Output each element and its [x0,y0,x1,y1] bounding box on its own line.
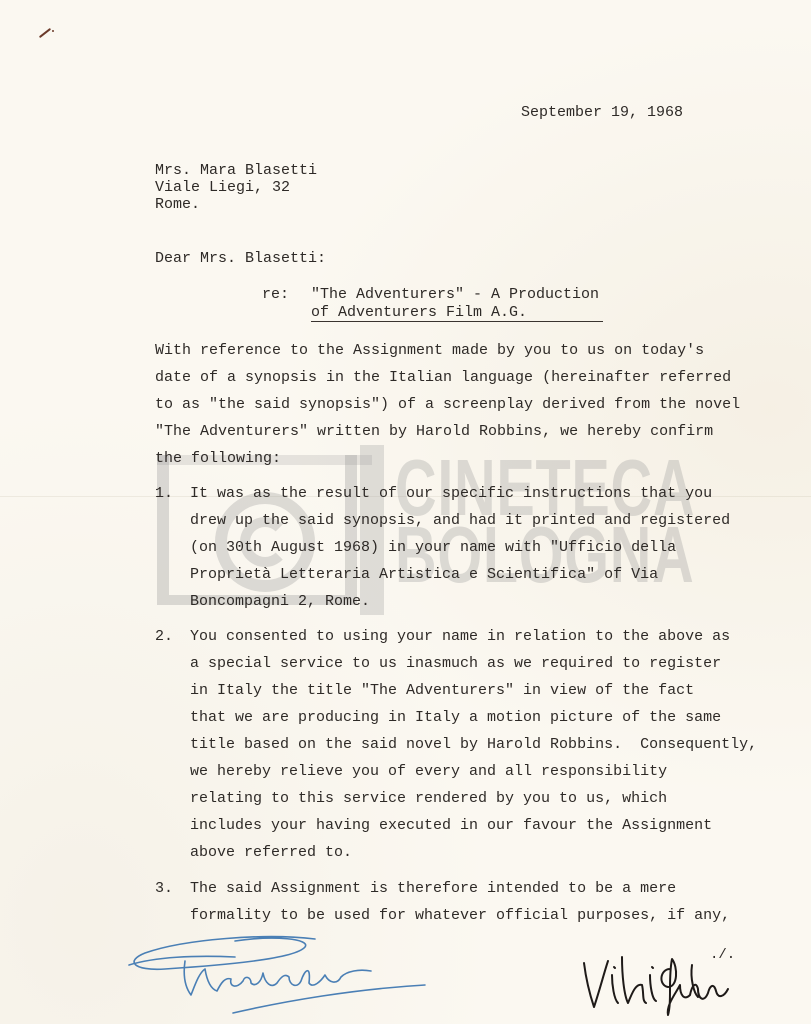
intro-line: "The Adventurers" written by Harold Robb… [155,423,713,441]
intro-line: date of a synopsis in the Italian langua… [155,369,731,387]
item-number: 2. [155,628,173,646]
letter-page: CINETECA BOLOGNA September 19, 1968 Mrs.… [0,0,811,1024]
item-line: relating to this service rendered by you… [190,790,667,808]
item-line: It was as the result of our specific ins… [190,485,712,503]
letter-date: September 19, 1968 [521,104,683,122]
intro-line: to as "the said synopsis") of a screenpl… [155,396,740,414]
salutation: Dear Mrs. Blasetti: [155,250,326,268]
recipient-street: Viale Liegi, 32 [155,179,290,197]
item-number: 3. [155,880,173,898]
subject-subtitle: of Adventurers Film A.G. [311,304,527,322]
recipient-city: Rome. [155,196,200,214]
item-line: Proprietà Letteraria Artistica e Scienti… [190,566,658,584]
intro-line: the following: [155,450,281,468]
item-line: that we are producing in Italy a motion … [190,709,721,727]
recipient-name: Mrs. Mara Blasetti [155,162,317,180]
signature-left-icon [125,925,435,1020]
item-line: (on 30th August 1968) in your name with … [190,539,676,557]
item-line: we hereby relieve you of every and all r… [190,763,667,781]
signature-right-icon [572,945,742,1020]
ink-mark-icon [39,28,51,38]
item-line: a special service to us inasmuch as we r… [190,655,721,673]
item-line: formality to be used for whatever offici… [190,907,730,925]
item-line: in Italy the title "The Adventurers" in … [190,682,694,700]
item-line: The said Assignment is therefore intende… [190,880,676,898]
subject-title: "The Adventurers" - A Production [311,286,599,304]
item-line: You consented to using your name in rela… [190,628,730,646]
item-line: above referred to. [190,844,352,862]
item-line: drew up the said synopsis, and had it pr… [190,512,730,530]
subject-underline [311,321,603,322]
watermark-bar [360,445,384,615]
item-line: title based on the said novel by Harold … [190,736,757,754]
item-number: 1. [155,485,173,503]
intro-line: With reference to the Assignment made by… [155,342,704,360]
item-line: includes your having executed in our fav… [190,817,712,835]
item-line: Boncompagni 2, Rome. [190,593,370,611]
ink-dot-icon [52,30,54,32]
subject-label: re: [262,286,289,304]
